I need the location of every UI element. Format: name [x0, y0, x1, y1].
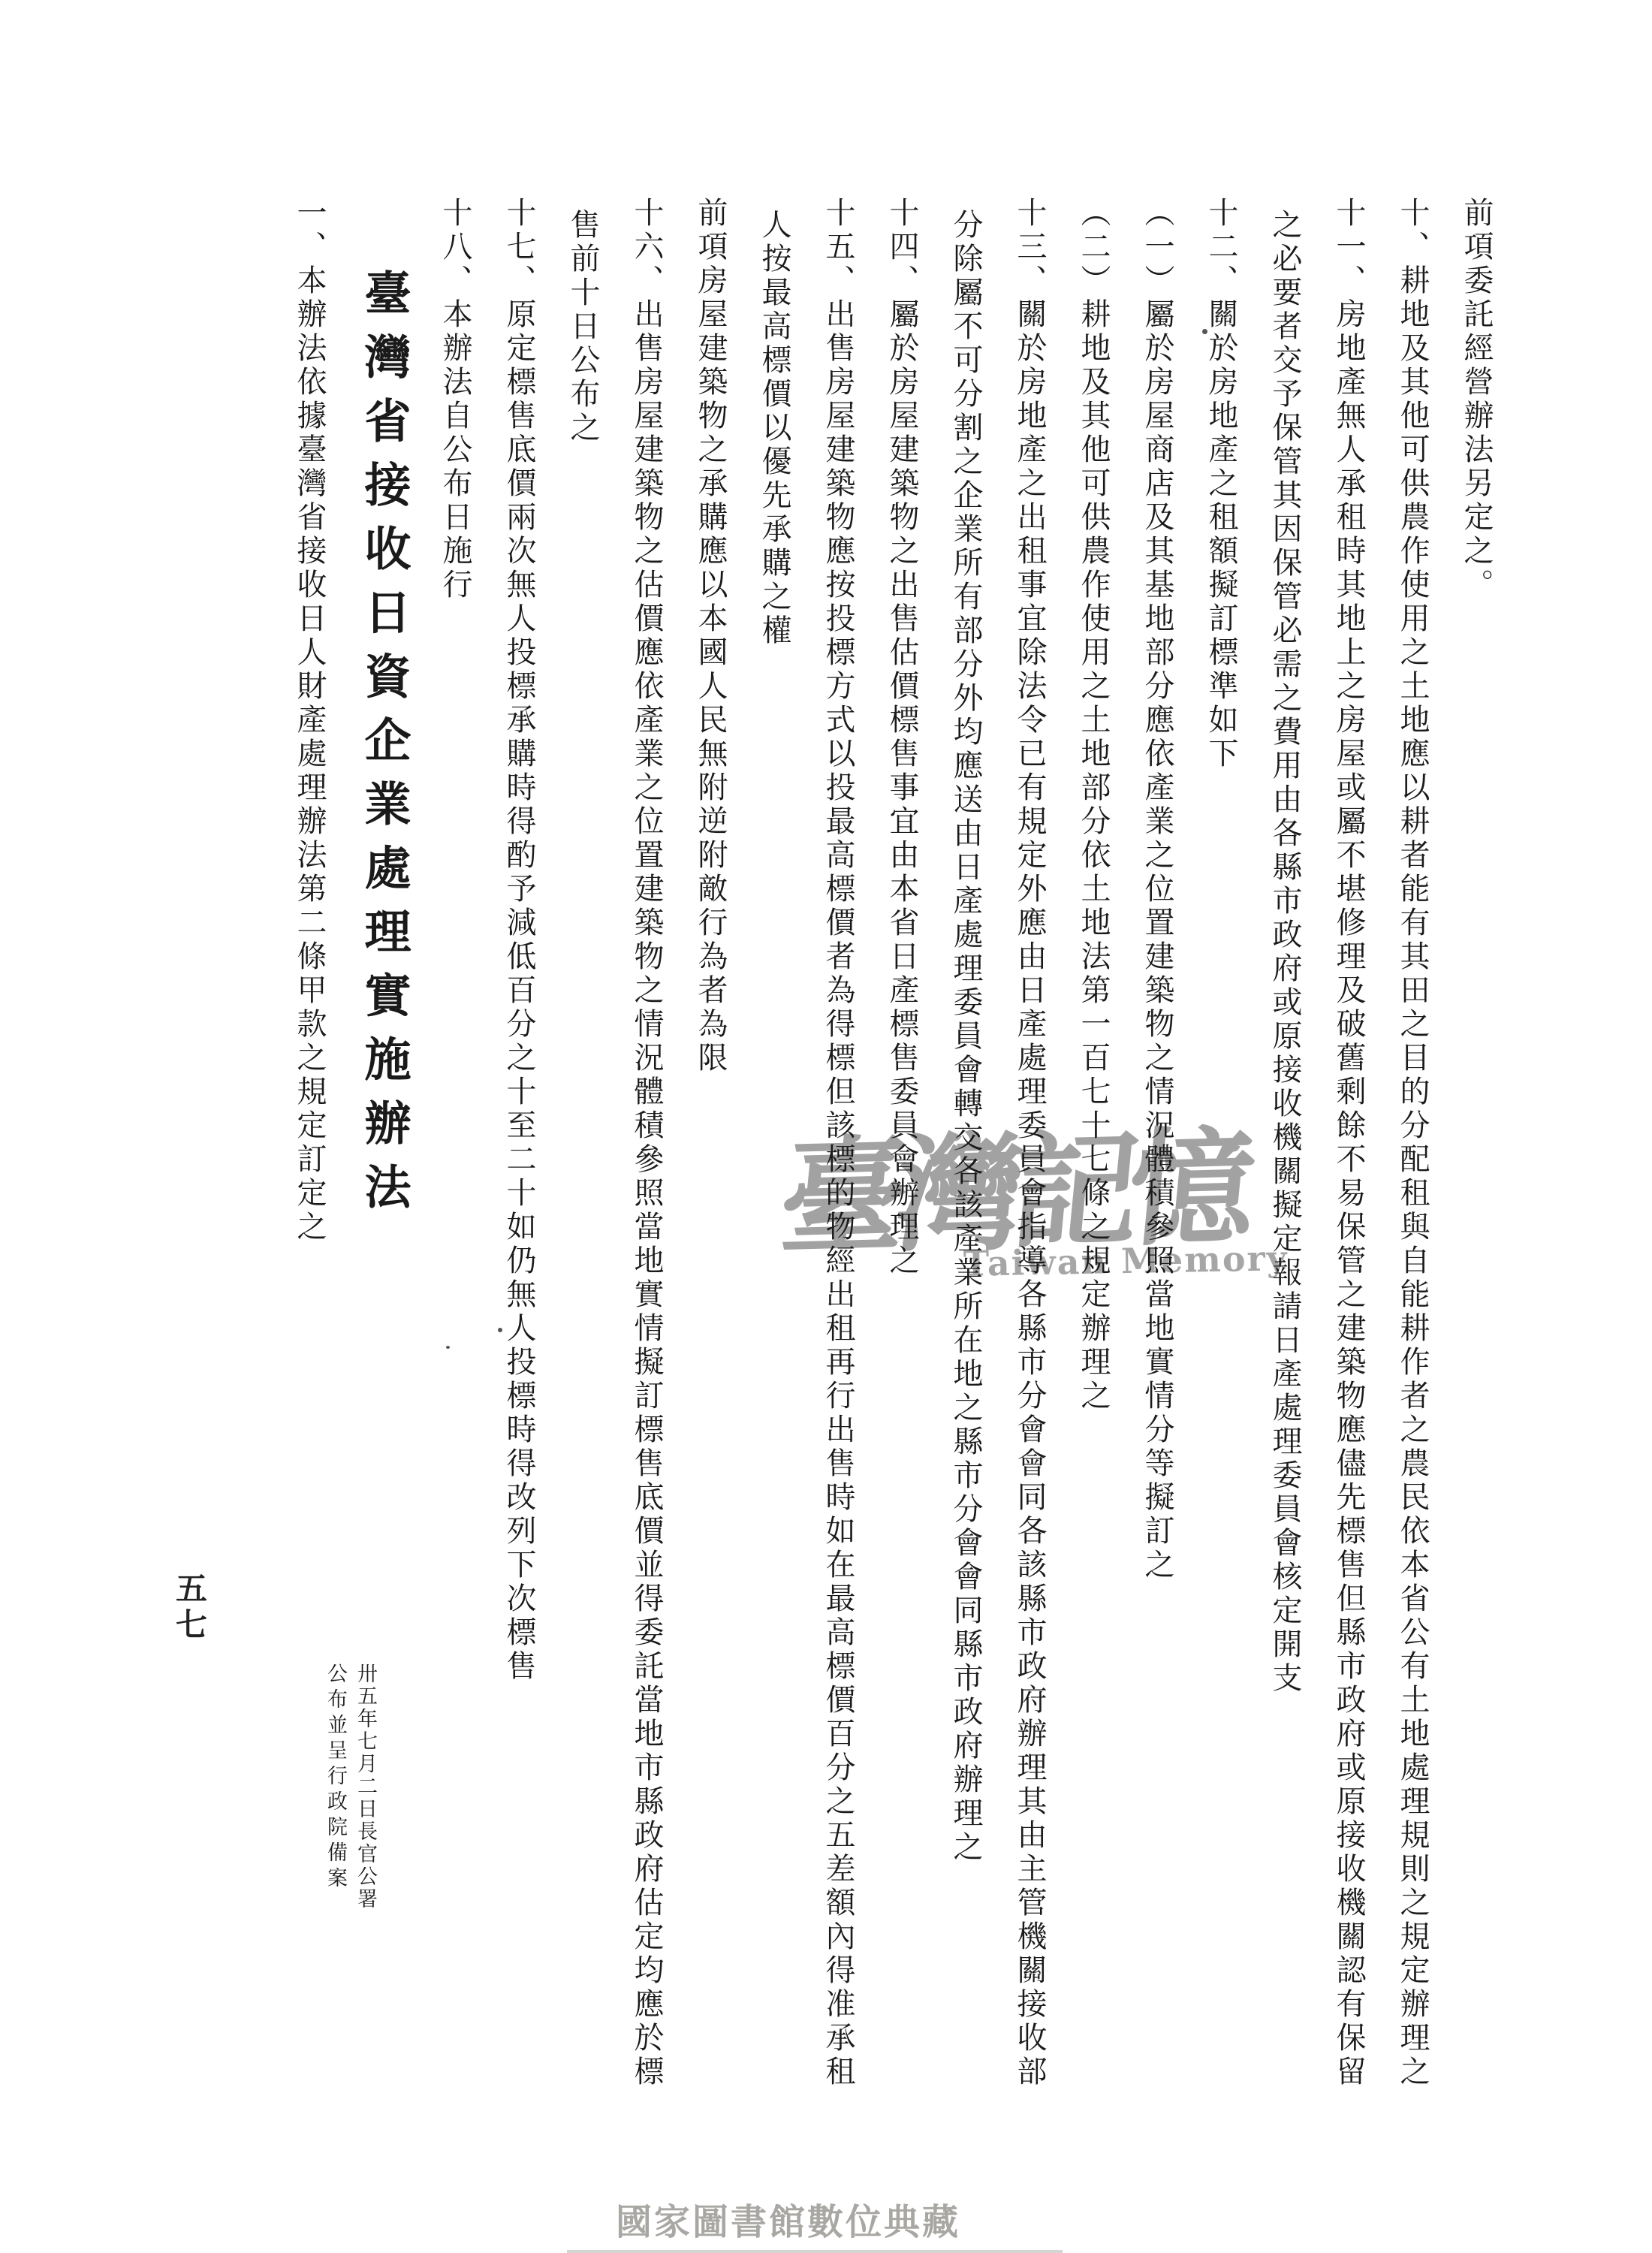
ink-speck — [1202, 329, 1207, 334]
text-column: 十、耕地及其他可供農作使用之土地應以耕者能有其田之目的分配租與自能耕作者之農民依… — [1394, 197, 1430, 2110]
text-column: 售前十日公布之 — [565, 197, 601, 2110]
text-column: 分除屬不可分割之企業所有部分外均應送由日產處理委員會轉交各該產業所在地之縣市分會… — [948, 197, 984, 2110]
text-column: 十三、關於房地產之出租事宜除法令已有規定外應由日產處理委員會指導各縣市分會會同各… — [1011, 197, 1048, 2110]
page-number: 五七 — [171, 1572, 206, 1644]
text-column: 十八、本辦法自公布日施行 — [437, 197, 473, 2110]
ink-speck — [498, 1328, 502, 1332]
scanned-document-page: 臺灣記憶 Taiwan Memory 前項委託經營辦法另定之。十、耕地及其他可供… — [0, 0, 1652, 2253]
publication-note: 卅五年七月二日長官公署 公布並呈行政院備案 — [323, 1663, 378, 1933]
ink-speck — [446, 1346, 450, 1349]
scan-edge-shadow — [567, 2250, 1063, 2253]
text-column: 前項房屋建築物之承購應以本國人民無附逆附敵行為者為限 — [692, 197, 728, 2110]
text-column: （一）屬於房屋商店及其基地部分應依產業之位置建築物之情況體積參照當地實情分等擬訂… — [1139, 197, 1175, 2110]
text-column: 十六、出售房屋建築物之估價應依產業之位置建築物之情況體積參照當地實情擬訂標售底價… — [629, 197, 665, 2110]
text-column: （二）耕地及其他可供農作使用之土地部分依土地法第一百七十七條之規定辦理之 — [1075, 197, 1111, 2110]
text-column: 十二、關於房地產之租額擬訂標準如下 — [1203, 197, 1239, 2110]
text-column: 十一、房地產無人承租時其地上之房屋或屬不堪修理及破舊剩餘不易保管之建築物應儘先標… — [1331, 197, 1367, 2110]
text-column: 十五、出售房屋建築物應按投標方式以投最高標價者為得標但該標的物經出租再行出售時如… — [820, 197, 856, 2110]
document-body: 前項委託經營辦法另定之。十、耕地及其他可供農作使用之土地應以耕者能有其田之目的分… — [264, 197, 1494, 2110]
text-column: 人按最高標價以優先承購之權 — [756, 197, 792, 2110]
text-column: 十七、原定標售底價兩次無人投標承購時得酌予減低百分之十至二十如仍無人投標時得改列… — [501, 197, 537, 2110]
text-column: 之必要者交予保管其因保管必需之費用由各縣市政府或原接收機關擬定報請日產處理委員會… — [1267, 197, 1303, 2110]
text-column: 前項委託經營辦法另定之。 — [1458, 197, 1494, 2110]
publication-note-line: 卅五年七月二日長官公署 — [353, 1663, 378, 1933]
publication-note-line: 公布並呈行政院備案 — [323, 1663, 348, 1933]
text-column: 一、本辦法依據臺灣省接收日人財產處理辦法第二條甲款之規定訂定之 — [291, 197, 327, 2110]
library-footer: 國家圖書館數位典藏 — [616, 2193, 960, 2245]
text-column: 十四、屬於房屋建築物之出售估價標售事宜由本省日產標售委員會辦理之 — [884, 197, 920, 2110]
